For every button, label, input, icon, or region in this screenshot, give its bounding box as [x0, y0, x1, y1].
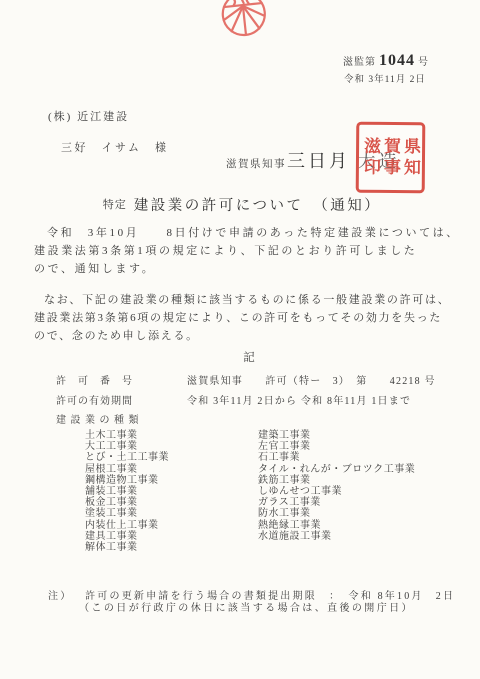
license-type-item: しゆんせつ工事業	[258, 486, 415, 497]
note-line: 許可の更新申請を行う場合の書類提出期限 ： 令和 8年10月 2日	[85, 591, 455, 603]
paragraph-line: なお、下記の建設業の種類に該当するものに係る一般建設業の許可は、	[34, 291, 450, 309]
license-type-list-left: 土木工事業 大工工事業 とび・土工工事業 屋根工事業 鋼構造物工事業 舗装工事業…	[85, 430, 169, 553]
license-type-item: 土木工事業	[85, 430, 169, 441]
issue-date: 令和 3年11月 2日	[344, 71, 426, 85]
detail-value: 滋賀県知事 許可（特ー 3） 第 42218 号	[187, 372, 436, 387]
doc-number-prefix: 滋監第	[343, 53, 376, 68]
body-paragraph-1: 令和 3年10月 8日付けで申請のあった特定建設業については、 建設業法第3条第…	[34, 224, 460, 278]
detail-row-permit-number: 許 可 番 号 滋賀県知事 許可（特ー 3） 第 42218 号	[0, 372, 480, 392]
detail-label: 建 設 業 の 種 類	[56, 411, 140, 426]
detail-label: 許可の有効期間	[56, 392, 133, 407]
paragraph-line: 建設業法第3条第6項の規定により、この許可をもってその効力を失った	[34, 309, 450, 327]
seal-column: 賀事	[382, 136, 399, 178]
paragraph-line: 建設業法第3条第1項の規定により、下記のとおり許可しました	[34, 242, 460, 260]
detail-label: 許 可 番 号	[56, 372, 133, 387]
doc-title-main: 建設業の許可について （通知）	[134, 194, 381, 215]
detail-value: 令和 3年11月 2日から 令和 8年11月 1日まで	[187, 392, 411, 407]
doc-title-prefix: 特定	[103, 196, 127, 212]
note-label: 注）	[48, 591, 72, 602]
license-type-list-right: 建築工事業 左官工事業 石工事業 タイル・れんが・ブロツク工事業 鉄筋工事業 し…	[258, 430, 415, 542]
license-type-item: タイル・れんが・ブロツク工事業	[258, 464, 415, 475]
permit-details: 許 可 番 号 滋賀県知事 許可（特ー 3） 第 42218 号 許可の有効期間…	[0, 372, 480, 431]
license-type-item: 舗装工事業	[85, 486, 169, 497]
issuer-title: 滋賀県知事	[226, 156, 286, 171]
license-type-item: とび・土工工事業	[85, 452, 169, 463]
license-type-item: 建築工事業	[258, 430, 415, 441]
license-type-item: 石工事業	[258, 452, 415, 463]
paragraph-line: ので、通知します。	[34, 260, 460, 278]
license-type-item: 水道施設工事業	[258, 531, 415, 542]
renewal-note: 注） 許可の更新申請を行う場合の書類提出期限 ： 令和 8年10月 2日 （この…	[48, 591, 455, 615]
detail-row-valid-period: 許可の有効期間 令和 3年11月 2日から 令和 8年11月 1日まで	[0, 392, 480, 412]
license-type-item: 熱絶縁工事業	[258, 520, 415, 531]
detail-row-license-types: 建 設 業 の 種 類	[0, 411, 480, 431]
license-type-item: 内装仕上工事業	[85, 520, 169, 531]
seal-column: 滋印	[362, 136, 379, 178]
license-type-item: 大工工事業	[85, 441, 169, 452]
note-body: 許可の更新申請を行う場合の書類提出期限 ： 令和 8年10月 2日 （この日が行…	[85, 591, 455, 615]
paragraph-line: ので、念のため申し添える。	[34, 327, 450, 345]
license-type-item: 屋根工事業	[85, 464, 169, 475]
license-type-item: ガラス工事業	[258, 497, 415, 508]
body-paragraph-2: なお、下記の建設業の種類に該当するものに係る一般建設業の許可は、 建設業法第3条…	[34, 291, 450, 345]
license-type-item: 鉄筋工事業	[258, 475, 415, 486]
recipient-person: 三好 イサム 様	[61, 139, 168, 155]
license-type-item: 塗装工事業	[85, 508, 169, 519]
round-receipt-stamp-icon	[218, 0, 270, 45]
seal-column: 県知	[402, 137, 419, 179]
license-type-item: 解体工事業	[85, 542, 169, 553]
recipient-company: (株) 近江建設	[48, 108, 129, 124]
license-type-item: 鋼構造物工事業	[85, 475, 169, 486]
note-line: （この日が行政庁の休日に該当する場合は、直後の開庁日）	[79, 603, 455, 615]
governor-square-seal-icon: 滋印 賀事 県知	[356, 122, 426, 194]
record-marker: 記	[0, 349, 480, 365]
doc-number: 滋監第 1044 号	[343, 52, 429, 70]
doc-number-value: 1044	[379, 52, 415, 70]
license-type-item: 建具工事業	[85, 531, 169, 542]
doc-title: 特定 建設業の許可について （通知）	[0, 194, 480, 215]
license-type-item: 防水工事業	[258, 508, 415, 519]
doc-number-suffix: 号	[418, 53, 429, 68]
license-type-item: 左官工事業	[258, 441, 415, 452]
paragraph-line: 令和 3年10月 8日付けで申請のあった特定建設業については、	[34, 224, 460, 242]
license-type-item: 板金工事業	[85, 497, 169, 508]
